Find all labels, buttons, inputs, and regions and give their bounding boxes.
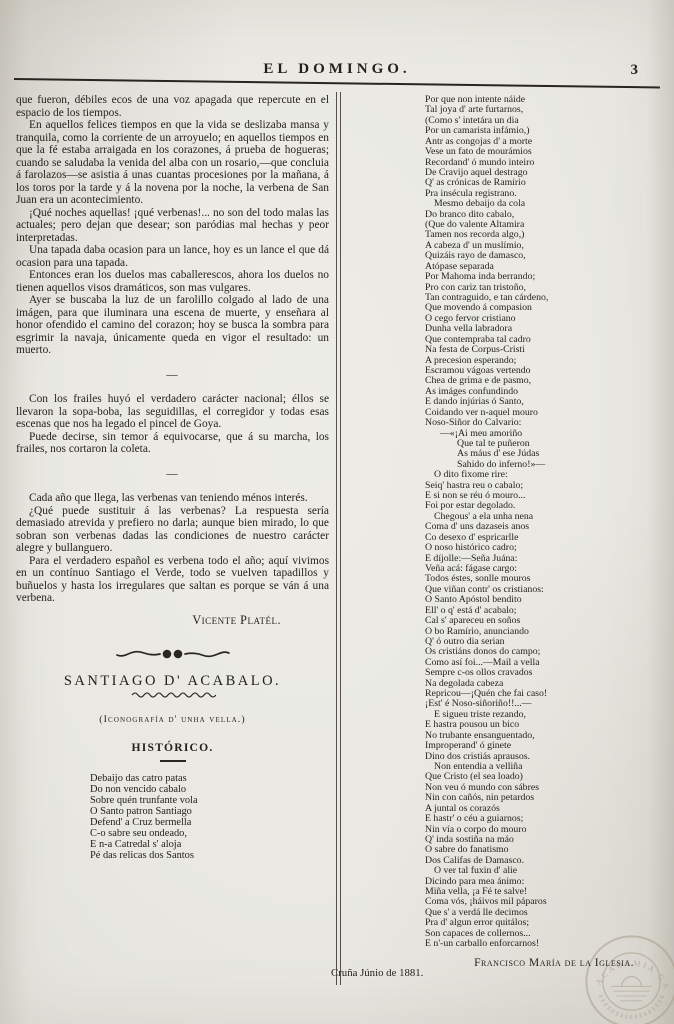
poem-line: Sobre quén trunfante vola — [90, 795, 329, 806]
poem-line: Vese un fato de mourámios — [425, 147, 658, 157]
prose-paragraph: Entonces eran los duelos mas caballeresc… — [16, 269, 329, 294]
prose-section: que fueron, débiles ecos de una voz apag… — [16, 94, 329, 605]
poem-line: Do non vencido cabalo — [90, 784, 329, 795]
left-column: que fueron, débiles ecos de una voz apag… — [16, 94, 329, 861]
poem-line: Debaijo das catro patas — [90, 773, 329, 784]
poem-line: Cal s' apareceu en soños — [425, 616, 658, 626]
poem-line: O Santo patron Santiago — [90, 806, 329, 817]
header-rule — [14, 78, 660, 88]
author-signature-left: Vicente Platél. — [16, 614, 329, 627]
wavy-rule-icon — [130, 690, 216, 698]
prose-paragraph: Para el verdadero español es verbena tod… — [16, 555, 329, 605]
poem-stanza-left: Debaijo das catro patas Do non vencido c… — [16, 773, 329, 861]
poem-line: Pé das relicas dos Santos — [90, 850, 329, 861]
prose-paragraph: En aquellos felices tiempos en que la vi… — [16, 119, 329, 207]
column-divider — [336, 92, 341, 985]
poem-line: Improperand' ó ginete — [425, 741, 658, 751]
prose-paragraph: Puede decirse, sin temor á equivocarse, … — [16, 431, 329, 456]
ornament-divider-icon — [114, 646, 232, 662]
prose-paragraph: ¡Qué noches aquellas! ¡qué verbenas!... … — [16, 207, 329, 245]
dateline: Cruña Júnio de 1881. — [331, 967, 423, 979]
newspaper-page: ACADEMIA GALEGA EL DOMINGO. 3 que fueron… — [0, 0, 674, 1024]
poem-line: E hastr' o céu a guiarnos; — [425, 814, 658, 824]
prose-paragraph: Una tapada daba ocasion para un lance, h… — [16, 244, 329, 269]
poem-line: O noso histórico cadro; — [425, 543, 658, 553]
article-subtitle: (Iconografía d' unha vella.) — [16, 714, 329, 727]
poem-right: Por que non intente náide Tal joya d' ar… — [347, 95, 658, 950]
prose-paragraph: Ayer se buscaba la luz de un farolillo c… — [16, 294, 329, 357]
prose-paragraph: ¿Qué puede sustituir á las verbenas? La … — [16, 505, 329, 555]
poem-line: Noso-Siñor do Calvario: — [425, 418, 658, 428]
prose-paragraph: que fueron, débiles ecos de una voz apag… — [16, 94, 329, 119]
poem-line: C-o sabre seu ondeado, — [90, 828, 329, 839]
page-number: 3 — [631, 62, 639, 79]
poem-line: E n-a Catredal s' aloja — [90, 839, 329, 850]
poem-line: Na festa de Corpus-Cristi — [425, 345, 658, 355]
prose-paragraph: Cada año que llega, las verbenas van ten… — [16, 492, 329, 505]
poem-line: Defend' a Cruz bermella — [90, 817, 329, 828]
poem-line: E n'-un carballo enforcarnos! — [425, 939, 658, 949]
prose-paragraph: — — [16, 369, 329, 382]
right-column: Por que non intente náide Tal joya d' ar… — [347, 95, 658, 969]
prose-paragraph: Con los frailes huyó el verdadero caráct… — [16, 393, 329, 431]
heading-rule — [160, 760, 186, 762]
page-title: EL DOMINGO. — [0, 61, 674, 78]
article-title: SANTIAGO D' ACABALO. — [16, 675, 329, 688]
prose-paragraph: — — [16, 468, 329, 481]
section-heading: HISTÓRICO. — [16, 742, 329, 755]
